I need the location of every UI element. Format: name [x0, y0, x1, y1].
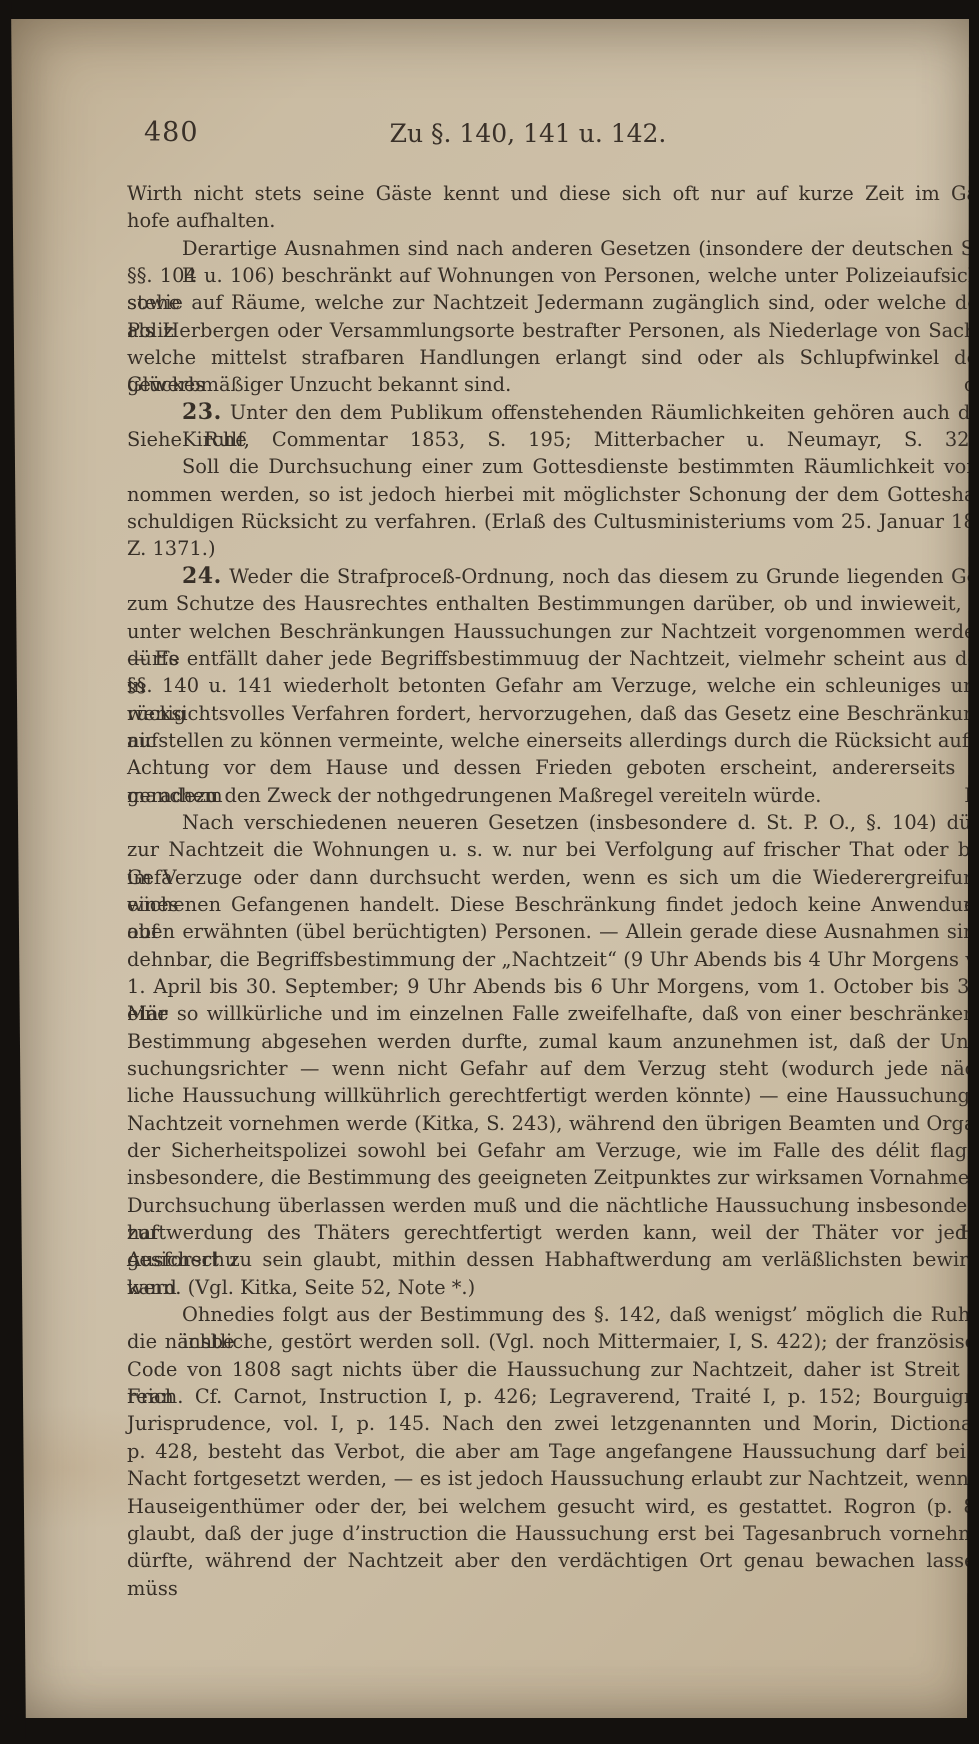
text-line: Wirth nicht stets seine Gäste kennt und … — [127, 180, 979, 207]
text-line: reich. Cf. Carnot, Instruction I, p. 426… — [127, 1383, 979, 1410]
text-line: Siehe Rulf, Commentar 1853, S. 195; Mitt… — [127, 426, 979, 453]
text-line: schuldigen Rücksicht zu verfahren. (Erla… — [127, 508, 979, 535]
text-line: der Sicherheitspolizei sowohl bei Gefahr… — [127, 1137, 979, 1164]
text-line: im Verzuge oder dann durchsucht werden, … — [127, 864, 979, 891]
text-line: Bestimmung abgesehen werden durfte, zuma… — [127, 1028, 979, 1055]
text-line: Ohnedies folgt aus der Bestimmung des §.… — [127, 1301, 979, 1328]
text-line-body: Weder die Strafproceß-Ordnung, noch das … — [222, 565, 979, 588]
note-number: 24. — [182, 563, 222, 589]
text-line: Nachtzeit vornehmen werde (Kitka, S. 243… — [127, 1110, 979, 1137]
text-line: insbesondere, die Bestimmung des geeigne… — [127, 1164, 979, 1191]
book-page-scan: { "colors": { "paper": "#cabca3", "ink":… — [0, 0, 979, 1744]
page-text: Wirth nicht stets seine Gäste kennt und … — [127, 180, 979, 1575]
text-line: 24. Weder die Strafproceß-Ordnung, noch … — [127, 563, 979, 590]
text-line: sowie auf Räume, welche zur Nachtzeit Je… — [127, 289, 979, 316]
note-number: 23. — [182, 399, 222, 425]
text-line: die nächtliche, gestört werden soll. (Vg… — [127, 1328, 979, 1355]
text-line: 1. April bis 30. September; 9 Uhr Abends… — [127, 973, 979, 1000]
text-line: Nacht fortgesetzt werden, — es ist jedoc… — [127, 1465, 979, 1492]
text-line: eine so willkürliche und im einzelnen Fa… — [127, 1000, 979, 1027]
text-line: zur Nachtzeit die Wohnungen u. s. w. nur… — [127, 836, 979, 863]
text-line: liche Haussuchung willkührlich gerechtfe… — [127, 1082, 979, 1109]
text-line: aufstellen zu können vermeinte, welche e… — [127, 727, 979, 754]
text-line: oben erwähnten (übel berüchtigten) Perso… — [127, 918, 979, 945]
text-line: Derartige Ausnahmen sind nach anderen Ge… — [127, 235, 979, 262]
text-line: Soll die Durchsuchung einer zum Gottesdi… — [127, 453, 979, 480]
text-line: als Herbergen oder Versammlungsorte best… — [127, 317, 979, 344]
text-line: gesichert zu sein glaubt, mithin dessen … — [127, 1246, 979, 1273]
page-header: Zu §. 140, 141 u. 142. — [128, 119, 928, 148]
text-line: suchungsrichter — wenn nicht Gefahr auf … — [127, 1055, 979, 1082]
text-line: Durchsuchung überlassen werden muß und d… — [127, 1192, 979, 1219]
text-line: Jurisprudence, vol. I, p. 145. Nach den … — [127, 1410, 979, 1437]
text-line: — Es entfällt daher jede Begriffsbestimm… — [127, 645, 979, 672]
text-line: wichenen Gefangenen handelt. Diese Besch… — [127, 891, 979, 918]
scan-border-top — [0, 0, 979, 19]
text-line: nommen werden, so ist jedoch hierbei mit… — [127, 481, 979, 508]
text-line: rücksichtsvolles Verfahren fordert, herv… — [127, 700, 979, 727]
text-line: Achtung vor dem Hause und dessen Frieden… — [127, 754, 979, 781]
text-line: §§. 104 u. 106) beschränkt auf Wohnungen… — [127, 262, 979, 289]
text-line: p. 428, besteht das Verbot, die aber am … — [127, 1438, 979, 1465]
text-line: kann. (Vgl. Kitka, Seite 52, Note *.) — [127, 1274, 979, 1301]
text-line: unter welchen Beschränkungen Haussuchung… — [127, 618, 979, 645]
text-line: Code von 1808 sagt nichts über die Hauss… — [127, 1356, 979, 1383]
text-line: haftwerdung des Thäters gerechtfertigt w… — [127, 1219, 979, 1246]
text-line: glaubt, daß der juge d’instruction die H… — [127, 1520, 979, 1547]
text-line: Hauseigenthümer oder der, bei welchem ge… — [127, 1493, 979, 1520]
text-line: dürfte, während der Nachtzeit aber den v… — [127, 1547, 979, 1574]
text-line: Z. 1371.) — [127, 535, 979, 562]
text-line: welche mittelst strafbaren Handlungen er… — [127, 344, 979, 371]
text-line: Nach verschiedenen neueren Gesetzen (ins… — [127, 809, 979, 836]
text-line: zum Schutze des Hausrechtes enthalten Be… — [127, 590, 979, 617]
text-line: 23. Unter den dem Publikum offenstehende… — [127, 399, 979, 426]
text-line: §§. 140 u. 141 wiederholt betonten Gefah… — [127, 672, 979, 699]
text-line: dehnbar, die Begriffsbestimmung der „Nac… — [127, 946, 979, 973]
text-line: hofe aufhalten. — [127, 207, 979, 234]
paper-page: 480 Zu §. 140, 141 u. 142. Wirth nicht s… — [8, 18, 971, 1719]
scan-border-bottom — [0, 1718, 979, 1744]
